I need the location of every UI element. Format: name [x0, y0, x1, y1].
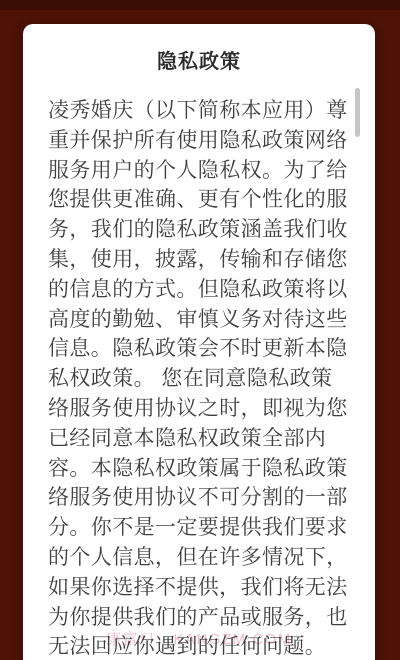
policy-text-line: 如果你选择不提供，我们将无法: [48, 573, 353, 603]
policy-text-line: 凌秀婚庆（以下简称本应用）尊: [48, 96, 353, 126]
policy-text-line: 私权政策。 您在同意隐私政策: [48, 364, 353, 394]
policy-text-line: 信息。隐私政策会不时更新本隐: [48, 334, 353, 364]
policy-text-line: 已经同意本隐私权政策全部内: [48, 424, 353, 454]
policy-text-line: 务，我们的隐私政策涵盖我们收: [48, 215, 353, 245]
policy-text-line: 集，使用，披露，传输和存储您: [48, 245, 353, 275]
policy-text-line: 为你提供我们的产品或服务，也: [48, 603, 353, 633]
policy-text-line: 重并保护所有使用隐私政策网络: [48, 126, 353, 156]
policy-text-line: 高度的勤勉、审慎义务对待这些: [48, 305, 353, 335]
policy-text-line: 无法回应你遇到的任何问题。: [48, 632, 353, 660]
privacy-policy-dialog: 隐私政策 康富口 · KANGZM.COM 凌秀婚庆（以下简称本应用）尊重并保护…: [23, 24, 375, 660]
app-screen: { "colors": { "backdrop": "#4e1206", "st…: [0, 0, 400, 660]
scrollbar-thumb[interactable]: [355, 88, 360, 137]
policy-text-line: 容。本隐私权政策属于隐私政策: [48, 454, 353, 484]
policy-text-body[interactable]: 凌秀婚庆（以下简称本应用）尊重并保护所有使用隐私政策网络服务用户的个人隐私权。为…: [48, 96, 353, 660]
policy-text-line: 的个人信息，但在许多情况下，: [48, 543, 353, 573]
policy-text-line: 的信息的方式。但隐私政策将以: [48, 275, 353, 305]
policy-text-line: 您提供更准确、更有个性化的服: [48, 185, 353, 215]
statusbar-shade: [0, 0, 400, 10]
dialog-title: 隐私政策: [23, 45, 375, 74]
policy-text-line: 分。你不是一定要提供我们要求: [48, 513, 353, 543]
policy-text-line: 络服务使用协议不可分割的一部: [48, 483, 353, 513]
policy-text-line: 服务用户的个人隐私权。为了给: [48, 156, 353, 186]
policy-text-line: 络服务使用协议之时，即视为您: [48, 394, 353, 424]
